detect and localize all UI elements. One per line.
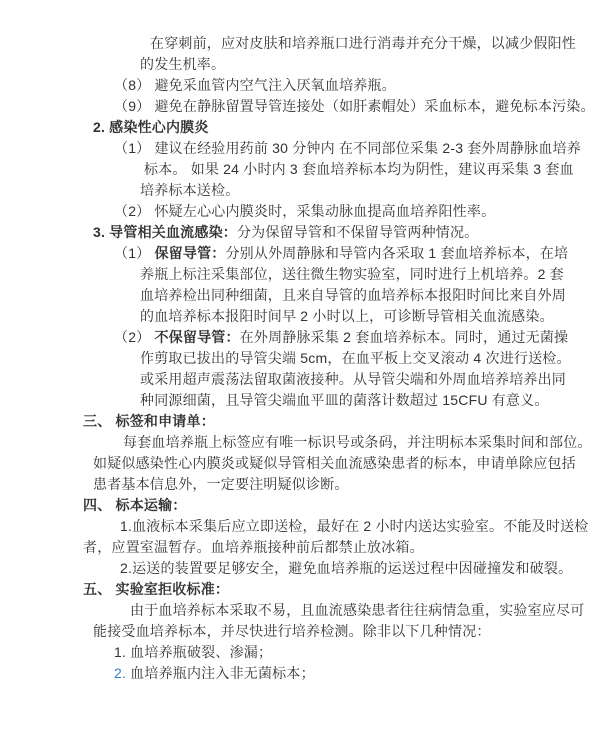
text-line: 培养标本送检。	[140, 180, 607, 201]
text-segment: 作剪取已拔出的导管尖端 5cm，在血平板上交叉滚动 4 次进行送检。	[140, 350, 571, 366]
text-line: 能接受血培养标本，并尽快进行培养检测。除非以下几种情况：	[93, 621, 607, 642]
text-segment: 的发生机率。	[140, 56, 225, 72]
text-line: 三、 标签和申请单：	[83, 411, 607, 432]
text-line: 患者基本信息外，一定要注明疑似诊断。	[93, 474, 607, 495]
text-line: 血培养检出同种细菌，且来自导管的血培养标本报阳时间比来自外周	[140, 285, 607, 306]
text-segment: 血培养瓶内注入非无菌标本；	[130, 665, 315, 681]
text-segment: 三、 标签和申请单：	[83, 413, 215, 429]
text-segment: 由于血培养标本采取不易，且血流感染患者往往病情急重，实验室应尽可	[130, 602, 584, 618]
text-segment: （2） 怀疑左心心内膜炎时，采集动脉血提高血培养阳性率。	[114, 203, 495, 219]
text-line: （1） 建议在经验用药前 30 分钟内 在不同部位采集 2-3 套外周静脉血培养	[114, 138, 607, 159]
text-segment: 四、 标本运输：	[83, 497, 187, 513]
text-segment: 五、 实验室拒收标准：	[83, 581, 229, 597]
text-line: 1.血液标本采集后应立即送检，最好在 2 小时内送达实验室。不能及时送检	[120, 516, 607, 537]
text-segment: （9） 避免在静脉留置导管连接处（如肝素帽处）采血标本，避免标本污染。	[114, 98, 595, 114]
text-line: 1. 血培养瓶破裂、渗漏；	[114, 642, 607, 663]
text-line: 的血培养标本报阳时间早 2 小时以上，可诊断导管相关血流感染。	[140, 306, 607, 327]
text-line: 的发生机率。	[140, 54, 607, 75]
text-segment: 能接受血培养标本，并尽快进行培养检测。除非以下几种情况：	[93, 623, 491, 639]
text-segment: 者，应置室温暂存。血培养瓶接种前后都禁止放冰箱。	[83, 539, 424, 555]
text-line: 2. 血培养瓶内注入非无菌标本；	[114, 663, 607, 684]
text-segment: 2. 感染性心内膜炎	[93, 119, 209, 135]
list-number-accent: 2.	[114, 665, 130, 681]
text-segment: 1. 血培养瓶破裂、渗漏；	[114, 644, 272, 660]
text-line: 由于血培养标本采取不易，且血流感染患者往往病情急重，实验室应尽可	[130, 600, 607, 621]
text-line: 在穿刺前，应对皮肤和培养瓶口进行消毒并充分干燥，以减少假阳性	[150, 33, 607, 54]
text-segment: 养瓶上标注采集部位，送往微生物实验室，同时进行上机培养。2 套	[140, 266, 564, 282]
text-line: （2） 怀疑左心心内膜炎时，采集动脉血提高血培养阳性率。	[114, 201, 607, 222]
text-segment: （1）	[114, 245, 154, 261]
text-segment: 种同源细菌，且导管尖端血平皿的菌落计数超过 15CFU 有意义。	[140, 392, 549, 408]
text-line: 2. 感染性心内膜炎	[93, 117, 607, 138]
text-line: 或采用超声震荡法留取菌液接种。从导管尖端和外周血培养培养出同	[140, 369, 607, 390]
text-segment: （1） 建议在经验用药前 30 分钟内 在不同部位采集 2-3 套外周静脉血培养	[114, 140, 581, 156]
text-segment: 的血培养标本报阳时间早 2 小时以上，可诊断导管相关血流感染。	[140, 308, 554, 324]
text-segment: （2）	[114, 329, 154, 345]
text-line: 每套血培养瓶上标签应有唯一标识号或条码，并注明标本采集时间和部位。	[123, 432, 607, 453]
text-line: 3. 导管相关血流感染：分为保留导管和不保留导管两种情况。	[93, 222, 607, 243]
text-line: （8） 避免采血管内空气注入厌氧血培养瓶。	[114, 75, 607, 96]
text-segment: 标本。 如果 24 小时内 3 套血培养标本均为阴性，建议再采集 3 套血	[144, 161, 574, 177]
text-segment: 2.运送的装置要足够安全，避免血培养瓶的运送过程中因碰撞发和破裂。	[120, 560, 572, 576]
text-segment: 保留导管：	[154, 245, 225, 261]
text-segment: 在穿刺前，应对皮肤和培养瓶口进行消毒并充分干燥，以减少假阳性	[150, 35, 576, 51]
text-segment: 如疑似感染性心内膜炎或疑似导管相关血流感染患者的标本，申请单除应包括	[93, 455, 576, 471]
text-line: 2.运送的装置要足够安全，避免血培养瓶的运送过程中因碰撞发和破裂。	[120, 558, 607, 579]
text-segment: （8） 避免采血管内空气注入厌氧血培养瓶。	[114, 77, 396, 93]
text-line: 作剪取已拔出的导管尖端 5cm，在血平板上交叉滚动 4 次进行送检。	[140, 348, 607, 369]
text-segment: 1.血液标本采集后应立即送检，最好在 2 小时内送达实验室。不能及时送检	[120, 518, 588, 534]
text-segment: 培养标本送检。	[140, 182, 239, 198]
text-segment: 每套血培养瓶上标签应有唯一标识号或条码，并注明标本采集时间和部位。	[123, 434, 592, 450]
document-body: 在穿刺前，应对皮肤和培养瓶口进行消毒并充分干燥，以减少假阳性的发生机率。（8） …	[0, 33, 607, 684]
text-line: 如疑似感染性心内膜炎或疑似导管相关血流感染患者的标本，申请单除应包括	[93, 453, 607, 474]
text-line: （9） 避免在静脉留置导管连接处（如肝素帽处）采血标本，避免标本污染。	[114, 96, 607, 117]
text-line: 四、 标本运输：	[83, 495, 607, 516]
text-segment: 患者基本信息外，一定要注明疑似诊断。	[93, 476, 349, 492]
text-line: 者，应置室温暂存。血培养瓶接种前后都禁止放冰箱。	[83, 537, 607, 558]
text-line: 种同源细菌，且导管尖端血平皿的菌落计数超过 15CFU 有意义。	[140, 390, 607, 411]
text-line: （1） 保留导管：分别从外周静脉和导管内各采取 1 套血培养标本，在培	[114, 243, 607, 264]
text-segment: 分为保留导管和不保留导管两种情况。	[237, 224, 478, 240]
text-segment: 不保留导管：	[154, 329, 239, 345]
document-page: 在穿刺前，应对皮肤和培养瓶口进行消毒并充分干燥，以减少假阳性的发生机率。（8） …	[0, 0, 607, 733]
text-line: 五、 实验室拒收标准：	[83, 579, 607, 600]
text-segment: 或采用超声震荡法留取菌液接种。从导管尖端和外周血培养培养出同	[140, 371, 566, 387]
text-segment: 在外周静脉采集 2 套血培养标本。同时，通过无菌操	[240, 329, 569, 345]
text-segment: 分别从外周静脉和导管内各采取 1 套血培养标本，在培	[225, 245, 568, 261]
text-line: （2） 不保留导管：在外周静脉采集 2 套血培养标本。同时，通过无菌操	[114, 327, 607, 348]
text-line: 养瓶上标注采集部位，送往微生物实验室，同时进行上机培养。2 套	[140, 264, 607, 285]
text-line: 标本。 如果 24 小时内 3 套血培养标本均为阴性，建议再采集 3 套血	[144, 159, 607, 180]
text-segment: 3. 导管相关血流感染：	[93, 224, 237, 240]
text-segment: 血培养检出同种细菌，且来自导管的血培养标本报阳时间比来自外周	[140, 287, 566, 303]
